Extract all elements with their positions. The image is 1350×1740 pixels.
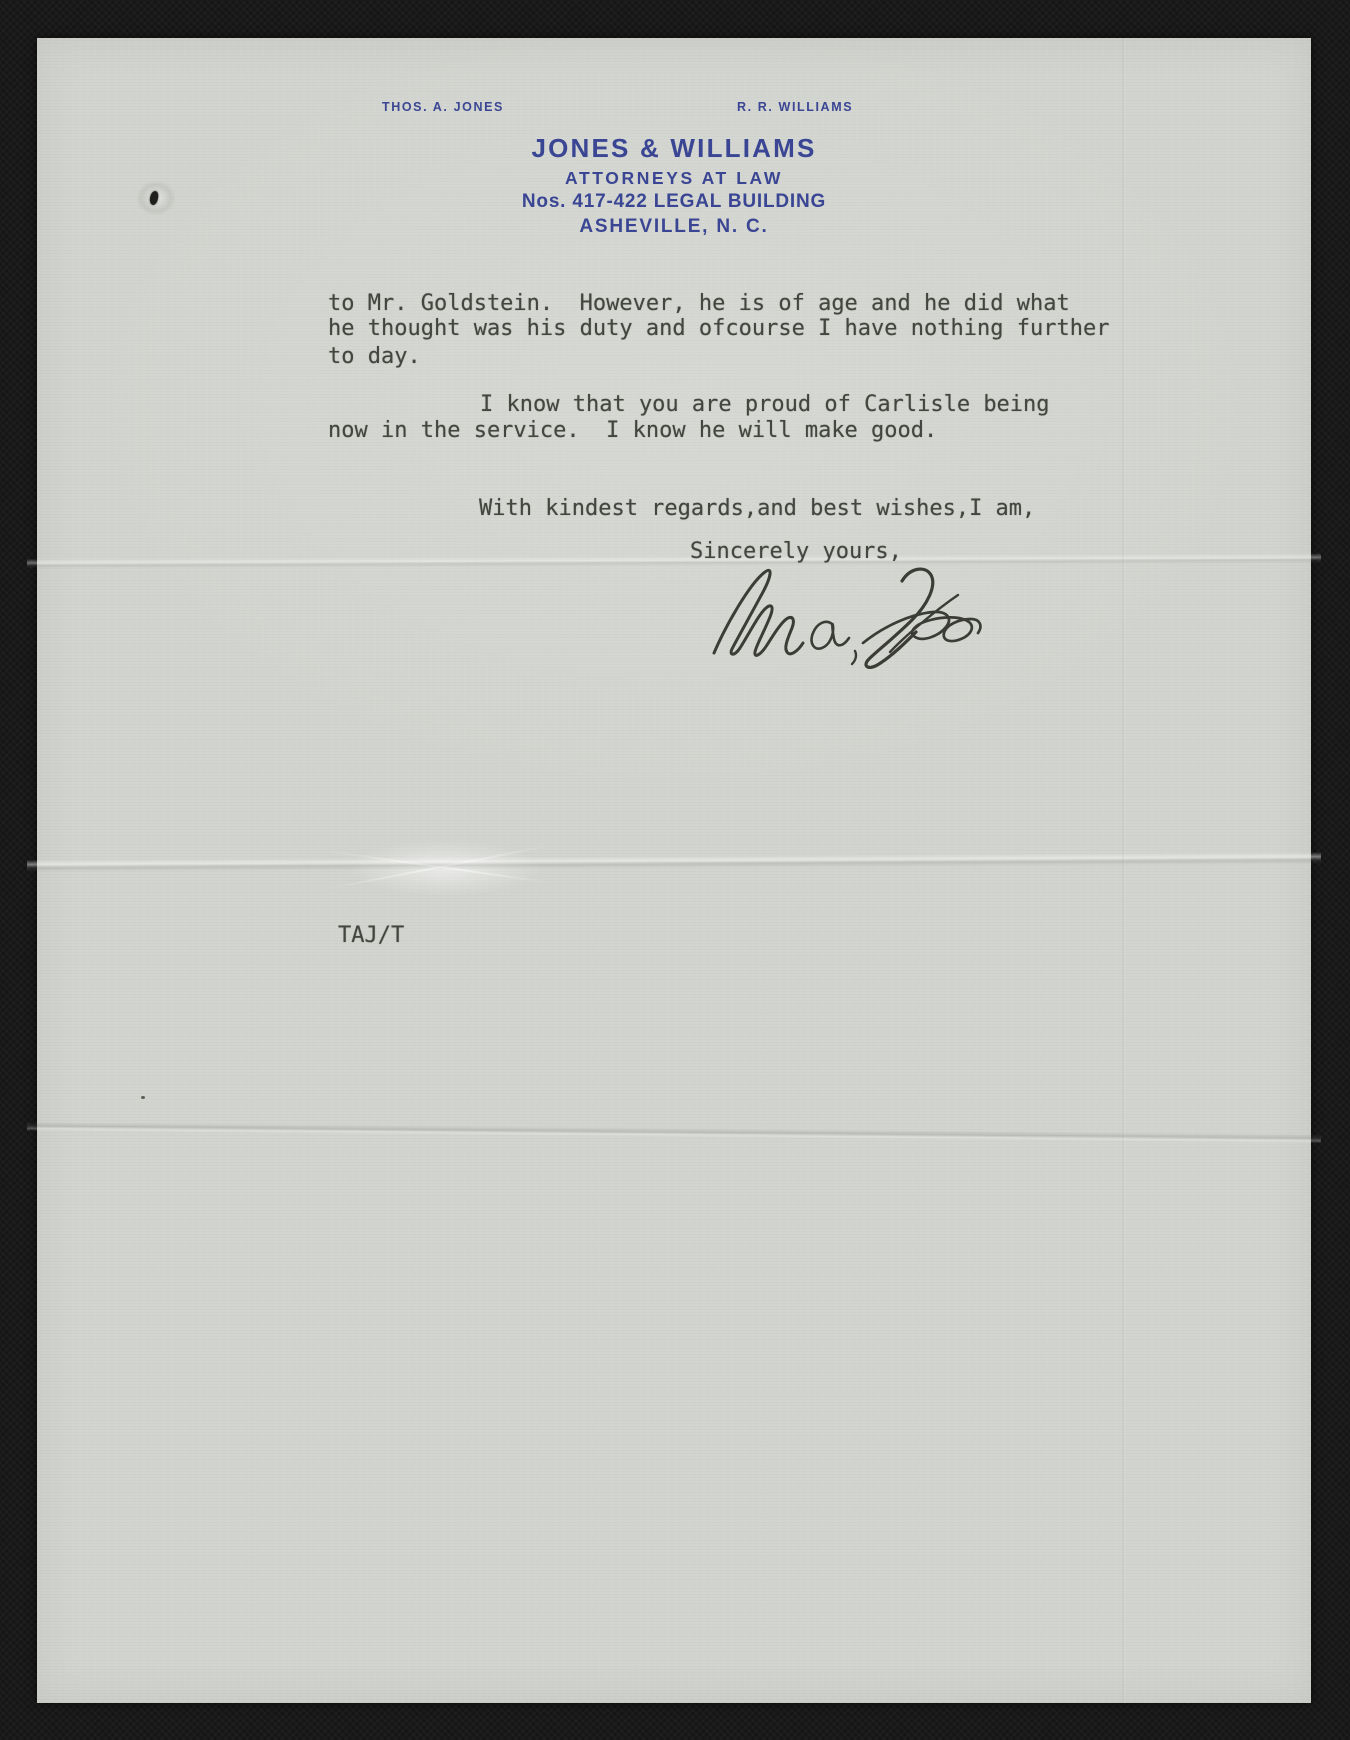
fold-crease-lower xyxy=(27,1122,1321,1143)
letterhead-firm-title: ATTORNEYS AT LAW xyxy=(37,168,1311,189)
paper-speck xyxy=(141,1096,145,1099)
paragraph1-line2: he thought was his duty and ofcourse I h… xyxy=(328,316,1109,342)
letterhead-partner-left: THOS. A. JONES xyxy=(382,100,504,114)
letterhead-partner-right: R. R. WILLIAMS xyxy=(737,100,853,114)
fold-crease-starburst xyxy=(305,828,585,908)
paragraph2-line2: now in the service. I know he will make … xyxy=(328,418,937,444)
fold-crease-middle xyxy=(27,852,1321,872)
letterhead-firm-name: JONES & WILLIAMS xyxy=(37,133,1311,164)
closing-line: With kindest regards,and best wishes,I a… xyxy=(479,496,1035,522)
fold-crease-upper xyxy=(27,553,1321,569)
letterhead-building-line: Nos. 417-422 LEGAL BUILDING xyxy=(37,191,1311,213)
letter-page: THOS. A. JONES R. R. WILLIAMS JONES & WI… xyxy=(37,38,1311,1703)
typist-initials: TAJ/T xyxy=(338,923,404,949)
valediction-line: Sincerely yours, xyxy=(690,539,902,565)
letterhead-city-line: ASHEVILLE, N. C. xyxy=(37,216,1311,238)
paragraph1-line1: to Mr. Goldstein. However, he is of age … xyxy=(328,291,1070,317)
signature-handwriting xyxy=(692,561,1022,696)
fold-crease-vertical xyxy=(1122,38,1126,1703)
paragraph1-line3: to day. xyxy=(328,344,421,370)
paragraph2-line1: I know that you are proud of Carlisle be… xyxy=(480,392,1050,418)
